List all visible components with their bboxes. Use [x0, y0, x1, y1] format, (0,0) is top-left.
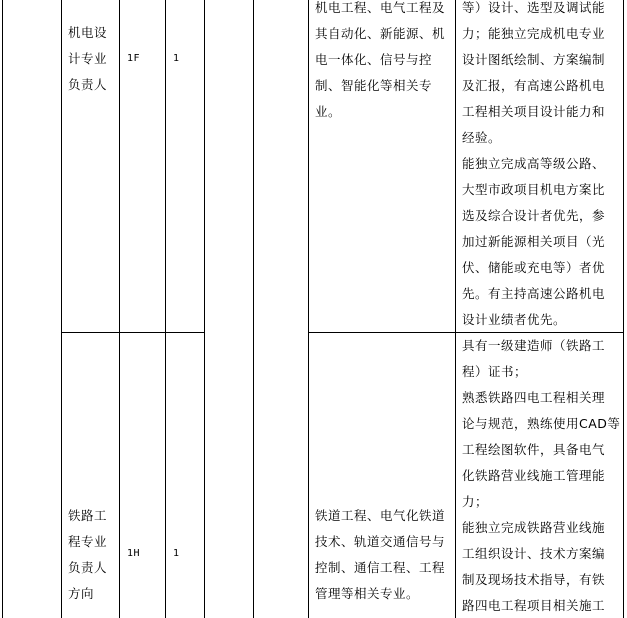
major-line: 制、智能化等相关专 [315, 73, 455, 99]
requirement-line: 熟悉铁路四电工程相关理 [462, 385, 622, 411]
count-cell: 1 [173, 541, 180, 567]
position-line: 机电设 [68, 20, 118, 46]
requirement-line: 等）设计、选型及调试能 [462, 0, 622, 21]
requirement-line: 论与规范，熟练使用CAD等 [462, 411, 622, 437]
position-line: 铁路工 [68, 503, 118, 529]
requirement-line: 程）证书； [462, 359, 622, 385]
requirement-line: 能独立完成铁路营业线施 [462, 515, 622, 541]
requirement-line: 先。有主持高速公路机电 [462, 281, 622, 307]
requirement-line: 选及综合设计者优先，参 [462, 203, 622, 229]
major-line: 技术、轨道交通信号与 [315, 529, 455, 555]
requirement-line: 路四电工程项目相关施工 [462, 593, 622, 618]
row-divider [61, 332, 205, 333]
position-cell: 铁路工 程专业 负责人 方向 [68, 503, 118, 607]
requirement-line: 化铁路营业线施工管理能 [462, 463, 622, 489]
major-cell: 铁道工程、电气化铁道 技术、轨道交通信号与 控制、通信工程、工程 管理等相关专业… [315, 503, 455, 607]
requirement-line: 伏、储能或充电等）者优 [462, 255, 622, 281]
requirement-line: 大型市政项目机电方案比 [462, 177, 622, 203]
requirements-cell: 等）设计、选型及调试能 力；能独立完成机电专业 设计图纸绘制、方案编制 及汇报，… [462, 0, 622, 333]
major-line: 管理等相关专业。 [315, 581, 455, 607]
column-divider [61, 0, 62, 618]
column-divider [455, 0, 456, 618]
requirement-line: 工组织设计、技术方案编 [462, 541, 622, 567]
table-border-left [2, 0, 3, 618]
requirement-line: 能独立完成高等级公路、 [462, 151, 622, 177]
requirement-line: 设计业绩者优先。 [462, 307, 622, 333]
major-line: 控制、通信工程、工程 [315, 555, 455, 581]
requirement-line: 力； [462, 489, 622, 515]
major-line: 其自动化、新能源、机 [315, 21, 455, 47]
requirement-line: 工程绘图软件，具备电气 [462, 437, 622, 463]
position-line: 方向 [68, 581, 118, 607]
column-divider [204, 0, 205, 618]
column-divider [165, 0, 166, 618]
table-border-right [623, 0, 624, 618]
major-cell: 机电工程、电气工程及 其自动化、新能源、机 电一体化、信号与控 制、智能化等相关… [315, 0, 455, 125]
major-line: 铁道工程、电气化铁道 [315, 503, 455, 529]
column-divider [308, 0, 309, 618]
position-line: 程专业 [68, 529, 118, 555]
major-line: 电一体化、信号与控 [315, 47, 455, 73]
position-cell: 机电设 计专业 负责人 [68, 20, 118, 98]
position-line: 负责人 [68, 555, 118, 581]
requirements-cell: 具有一级建造师（铁路工 程）证书； 熟悉铁路四电工程相关理 论与规范，熟练使用C… [462, 333, 622, 618]
position-line: 计专业 [68, 46, 118, 72]
column-divider [119, 0, 120, 618]
requirement-line: 经验。 [462, 125, 622, 151]
requirement-line: 加过新能源相关项目（光 [462, 229, 622, 255]
requirement-line: 及汇报，有高速公路机电 [462, 73, 622, 99]
requirement-line: 具有一级建造师（铁路工 [462, 333, 622, 359]
code-cell: 1H [127, 541, 140, 567]
requirement-line: 制及现场技术指导，有铁 [462, 567, 622, 593]
major-line: 机电工程、电气工程及 [315, 0, 455, 21]
requirement-line: 力；能独立完成机电专业 [462, 21, 622, 47]
requirement-line: 工程相关项目设计能力和 [462, 99, 622, 125]
major-line: 业。 [315, 99, 455, 125]
requirement-line: 设计图纸绘制、方案编制 [462, 47, 622, 73]
position-line: 负责人 [68, 72, 118, 98]
column-divider [253, 0, 254, 618]
code-cell: 1F [127, 46, 140, 72]
count-cell: 1 [173, 46, 180, 72]
